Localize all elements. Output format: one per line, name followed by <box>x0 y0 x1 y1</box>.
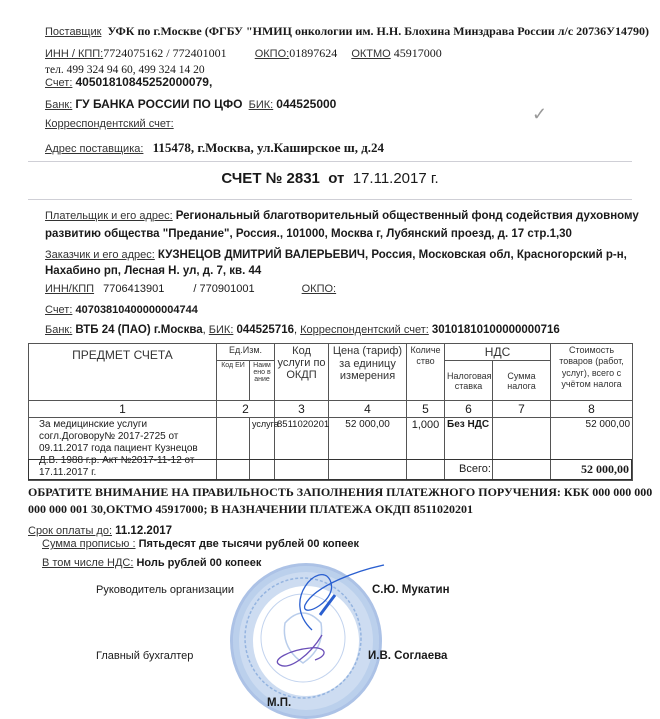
check-mark-icon: ✓ <box>532 104 547 125</box>
column-numbers-row: 1 2 3 4 5 6 7 8 <box>29 401 633 418</box>
customer-account: 40703810400000004744 <box>75 304 197 316</box>
address-label: Адрес поставщика: <box>45 143 143 155</box>
invoice-title: СЧЕТ № 2831 от 17.11.2017 г. <box>0 170 660 187</box>
inn-kpp-value: 7724075162 / 772401001 <box>103 46 226 60</box>
payer-line-1: Плательщик и его адрес: Региональный бла… <box>45 210 639 222</box>
oktmo-label: ОКТМО <box>351 48 390 60</box>
customer-inn-kpp-label: ИНН/КПП <box>45 283 94 295</box>
total-label: Всего: <box>459 463 491 475</box>
customer-account-label: Счет: <box>45 304 72 316</box>
inn-kpp-label: ИНН / КПП: <box>45 48 103 60</box>
header-okdp: Код услуги по ОКДП <box>275 344 329 401</box>
invoice-date: 17.11.2017 г. <box>353 170 439 187</box>
address-value: 115478, г.Москва, ул.Каширское ш, д.24 <box>153 140 384 155</box>
total-box: Всего: 52 000,00 <box>28 459 632 480</box>
amount-words-line: Сумма прописью : Пятьдесят две тысячи ру… <box>42 538 359 550</box>
customer-bank-label: Банк: <box>45 324 72 336</box>
customer-corr: 30101810100000000716 <box>432 324 560 336</box>
col-num: 7 <box>493 401 551 418</box>
corr-account-label: Корреспондентский счет: <box>45 118 174 130</box>
bank-value: ГУ БАНКА РОССИИ ПО ЦФО <box>75 97 242 111</box>
oktmo-value: 45917000 <box>394 46 442 60</box>
customer-okpo-label: ОКПО: <box>302 283 336 295</box>
vat-words-label: В том числе НДС: <box>42 557 133 569</box>
customer-bank-line: Банк: ВТБ 24 (ПАО) г.Москва, БИК: 044525… <box>45 324 560 336</box>
supplier-ids-line: ИНН / КПП:7724075162 / 772401001 ОКПО:01… <box>45 46 442 61</box>
col-num: 3 <box>275 401 329 418</box>
payer-address: развитию общества "Предание", Россия., 1… <box>45 228 572 240</box>
col-num: 5 <box>407 401 445 418</box>
header-vat-sum: Сумма налога <box>493 361 551 401</box>
head-name: С.Ю. Мукатин <box>372 584 450 596</box>
supplier-label: Поставщик <box>45 26 101 38</box>
supplier-bank-line: Банк: ГУ БАНКА РОССИИ ПО ЦФО БИК: 044525… <box>45 97 336 111</box>
supplier-address-line: Адрес поставщика: 115478, г.Москва, ул.К… <box>45 140 384 156</box>
invoice-from: от <box>328 170 344 187</box>
due-date-line: Срок оплаты до: 11.12.2017 <box>28 525 172 537</box>
okpo-label: ОКПО: <box>255 48 289 60</box>
due-date-value: 11.12.2017 <box>115 525 172 537</box>
head-label: Руководитель организации <box>96 584 234 596</box>
col-num: 1 <box>29 401 217 418</box>
customer-name: КУЗНЕЦОВ ДМИТРИЙ ВАЛЕРЬЕВИЧ, Россия, Мос… <box>158 249 627 261</box>
header-total: Стоимость товаров (работ, услуг), всего … <box>551 344 633 401</box>
payer-label: Плательщик и его адрес: <box>45 210 173 222</box>
signature-accountant-icon <box>270 630 350 680</box>
header-subject: ПРЕДМЕТ СЧЕТА <box>29 344 217 401</box>
okpo-value: 01897624 <box>289 46 337 60</box>
divider-bottom <box>28 199 632 200</box>
amount-words-label: Сумма прописью : <box>42 538 136 550</box>
corr-account-line: Корреспондентский счет: <box>45 118 174 130</box>
bik-value: 044525000 <box>276 97 336 111</box>
customer-bik-label: БИК: <box>209 324 234 336</box>
supplier-account-line: Счет: 40501810845252000079, <box>45 75 212 89</box>
col-num: 8 <box>551 401 633 418</box>
header-unit-name: Наимено вание <box>250 361 275 401</box>
col-num: 2 <box>217 401 275 418</box>
divider-top <box>28 161 632 162</box>
accountant-name: И.В. Соглаева <box>368 650 447 662</box>
supplier-line: Поставщик УФК по г.Москве (ФГБУ "НМИЦ он… <box>45 24 649 39</box>
header-unit: Ед.Изм. <box>217 344 275 361</box>
bank-label: Банк: <box>45 99 72 111</box>
amount-words-value: Пятьдесят две тысячи рублей 00 копеек <box>139 538 359 550</box>
header-vat: НДС <box>445 344 551 361</box>
col-num: 6 <box>445 401 493 418</box>
payer-name: Региональный благотворительный обществен… <box>176 210 639 222</box>
customer-ids-line: ИНН/КПП 7706413901 / 770901001 ОКПО: <box>45 283 336 295</box>
header-vat-rate: Налоговая ставка <box>445 361 493 401</box>
customer-bik: 044525716 <box>236 324 294 336</box>
customer-address: Нахабино рп, Лесная Н. ул, д. 7, кв. 44 <box>45 265 261 277</box>
col-num: 4 <box>329 401 407 418</box>
seal-label: М.П. <box>267 697 291 709</box>
customer-corr-label: Корреспондентский счет: <box>300 324 429 336</box>
customer-bank: ВТБ 24 (ПАО) г.Москва <box>75 324 202 336</box>
customer-label: Заказчик и его адрес: <box>45 249 155 261</box>
account-label: Счет: <box>45 77 72 89</box>
vat-words-line: В том числе НДС: Ноль рублей 00 копеек <box>42 557 261 569</box>
account-value: 40501810845252000079, <box>75 75 212 89</box>
payment-notice-line-2: 000 000 001 30,ОКТМО 45917000; В НАЗНАЧЕ… <box>28 502 473 517</box>
bik-label: БИК: <box>249 99 274 111</box>
header-price: Цена (тариф) за единицу измерения <box>329 344 407 401</box>
customer-line-1: Заказчик и его адрес: КУЗНЕЦОВ ДМИТРИЙ В… <box>45 249 627 261</box>
supplier-name: УФК по г.Москве (ФГБУ "НМИЦ онкологии им… <box>108 24 649 38</box>
payment-notice-line-1: ОБРАТИТЕ ВНИМАНИЕ НА ПРАВИЛЬНОСТЬ ЗАПОЛН… <box>28 485 652 500</box>
invoice-number: СЧЕТ № 2831 <box>221 170 320 187</box>
header-qty: Количе ство <box>407 344 445 401</box>
customer-inn: 7706413901 <box>103 283 164 295</box>
due-date-label: Срок оплаты до: <box>28 525 112 537</box>
header-unit-code: Код ЕИ <box>217 361 250 401</box>
customer-account-line: Счет: 40703810400000004744 <box>45 304 198 316</box>
accountant-label: Главный бухгалтер <box>96 650 193 662</box>
total-value: 52 000,00 <box>581 462 629 477</box>
customer-kpp: / 770901001 <box>193 283 254 295</box>
